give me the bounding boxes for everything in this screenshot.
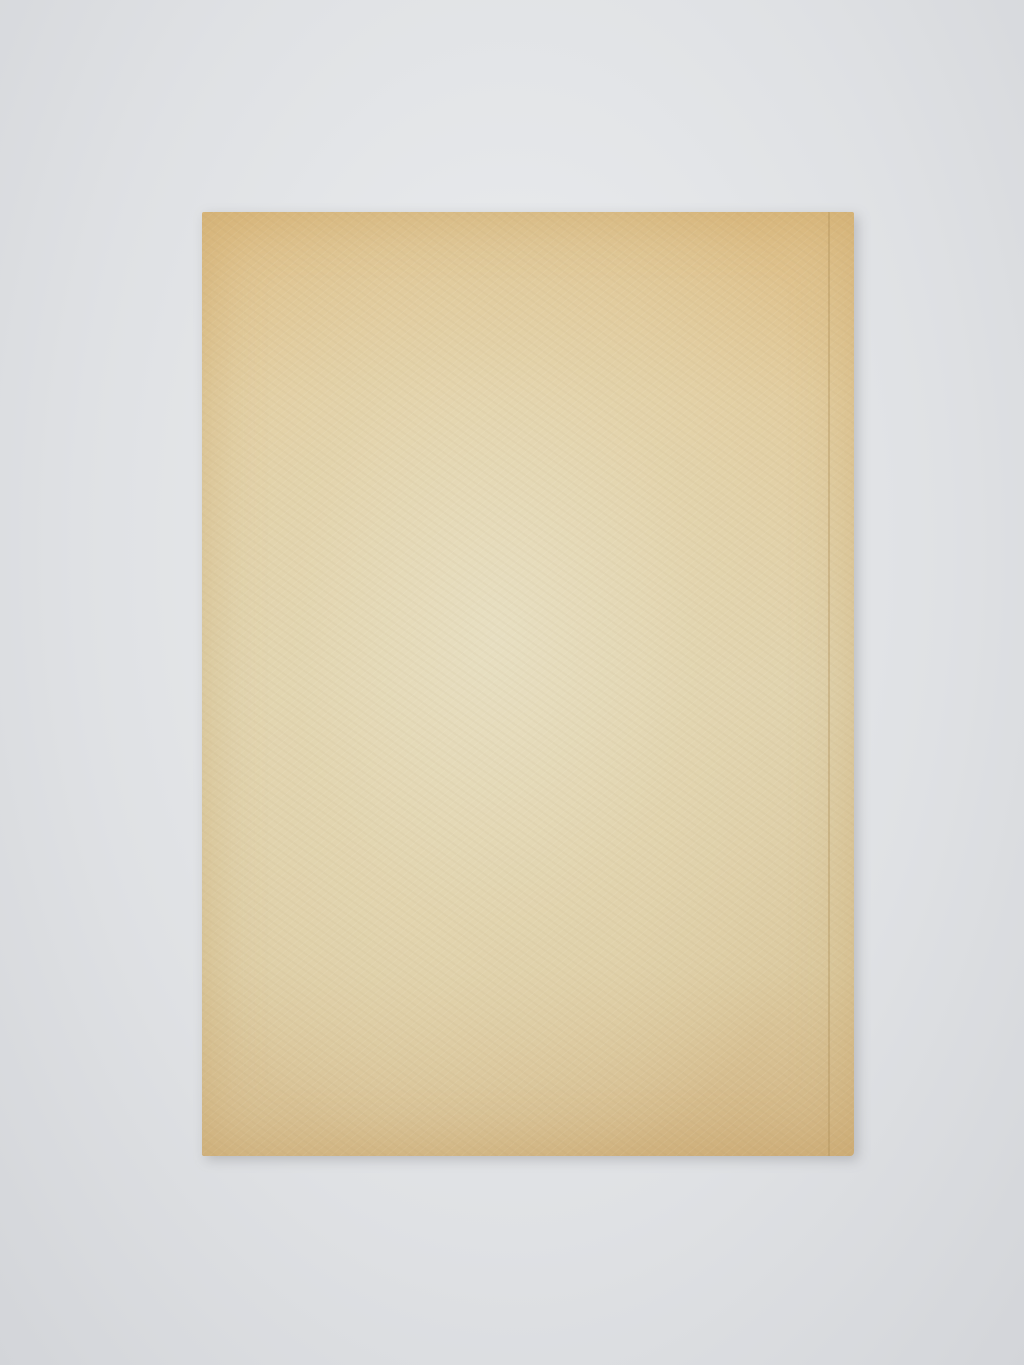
spine-crease — [828, 212, 830, 1156]
book-cover — [202, 212, 854, 1156]
